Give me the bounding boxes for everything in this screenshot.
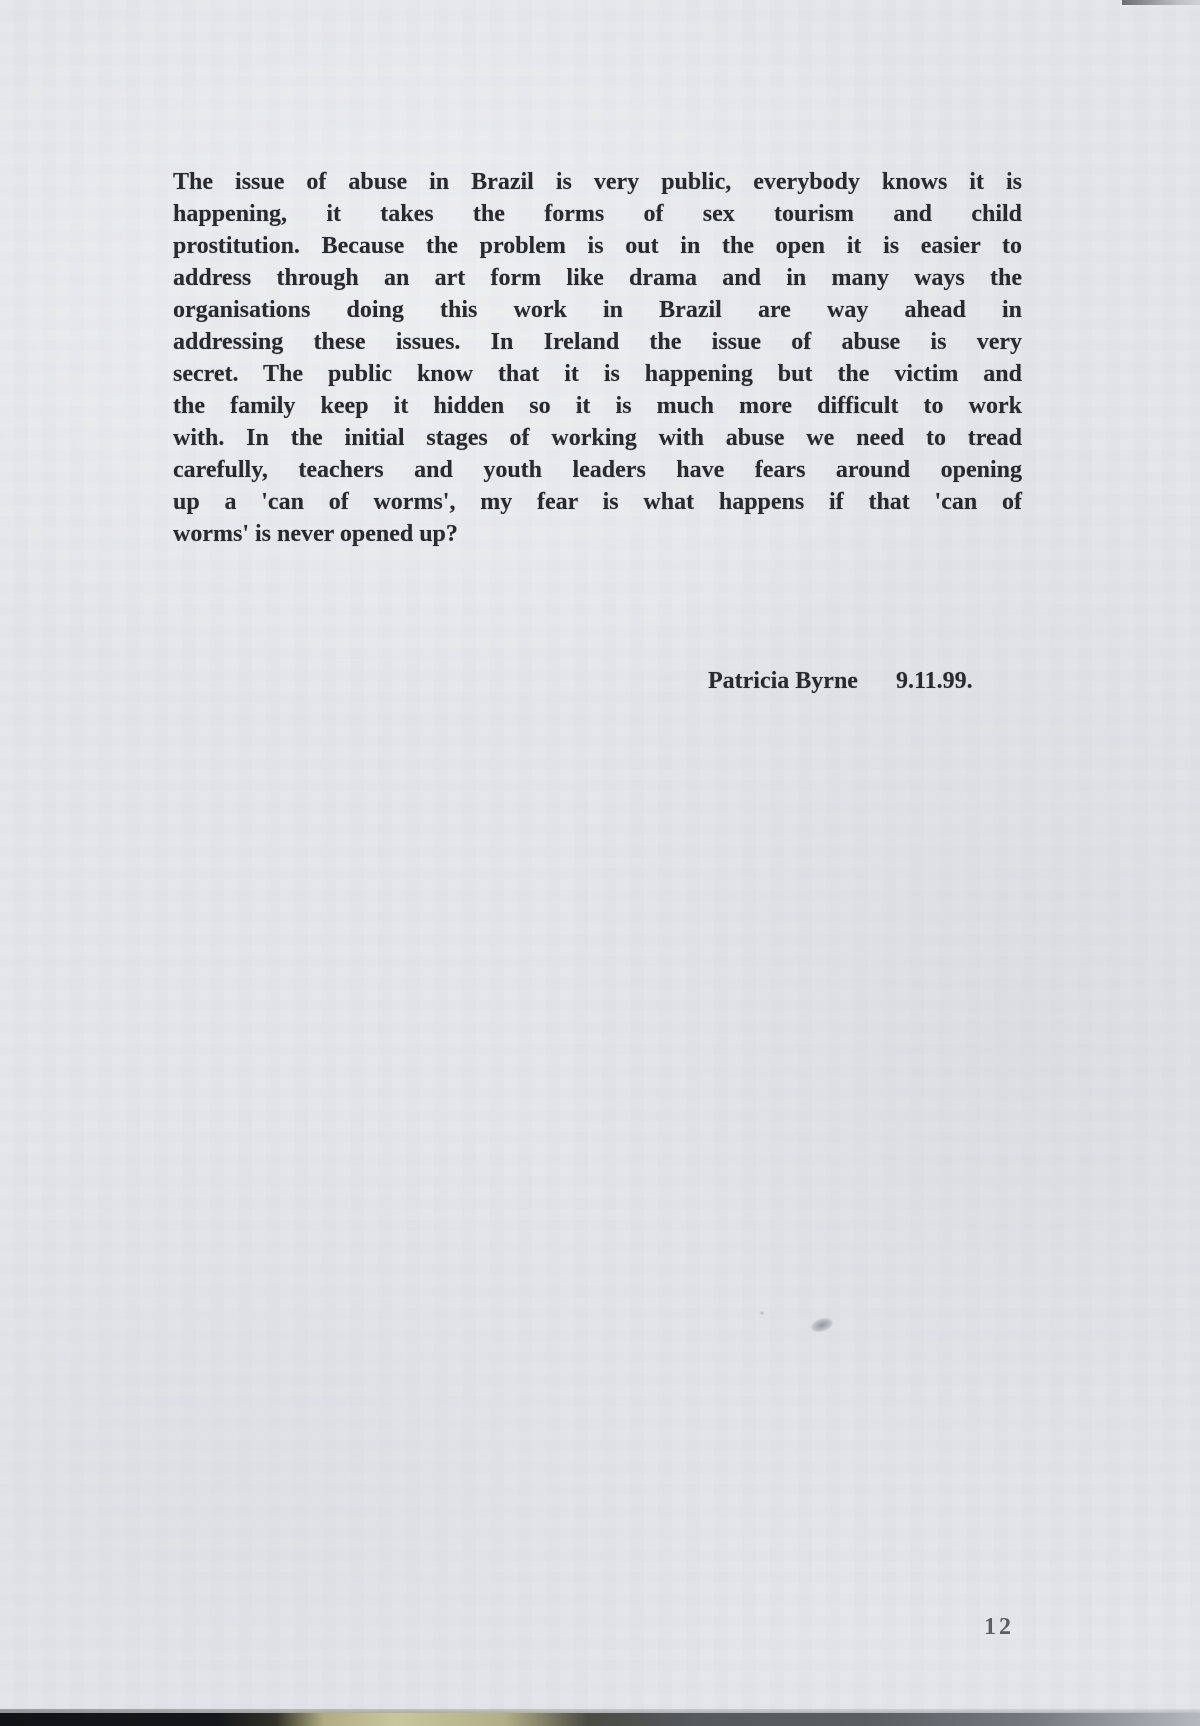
paragraph-line: prostitution. Because the problem is out… xyxy=(173,230,1022,262)
smudge-mark xyxy=(800,1307,844,1343)
paragraph-line: secret. The public know that it is happe… xyxy=(173,358,1022,390)
paragraph-line: organisations doing this work in Brazil … xyxy=(173,294,1022,326)
paragraph-line: with. In the initial stages of working w… xyxy=(173,422,1022,454)
paragraph-line: worms' is never opened up? xyxy=(173,518,1022,550)
paragraph-line: the family keep it hidden so it is much … xyxy=(173,390,1022,422)
paragraph-line: up a 'can of worms', my fear is what hap… xyxy=(173,486,1022,518)
bottom-scan-artifact xyxy=(0,1713,1200,1726)
paragraph-line: happening, it takes the forms of sex tou… xyxy=(173,198,1022,230)
signature-date: 9.11.99. xyxy=(896,668,973,695)
body-paragraph: The issue of abuse in Brazil is very pub… xyxy=(173,166,1022,550)
paragraph-line: carefully, teachers and youth leaders ha… xyxy=(173,454,1022,486)
signature-name: Patricia Byrne xyxy=(708,668,858,695)
signature-line: Patricia Byrne 9.11.99. xyxy=(708,668,973,695)
scanned-document-page: { "document": { "paragraph_lines": [ "Th… xyxy=(0,0,1200,1726)
paragraph-line: addressing these issues. In Ireland the … xyxy=(173,326,1022,358)
top-right-scan-artifact xyxy=(1122,0,1200,5)
paragraph-line: address through an art form like drama a… xyxy=(173,262,1022,294)
page-number: 12 xyxy=(984,1614,1014,1641)
smudge-mark-small xyxy=(756,1308,768,1318)
paragraph-line: The issue of abuse in Brazil is very pub… xyxy=(173,166,1022,198)
